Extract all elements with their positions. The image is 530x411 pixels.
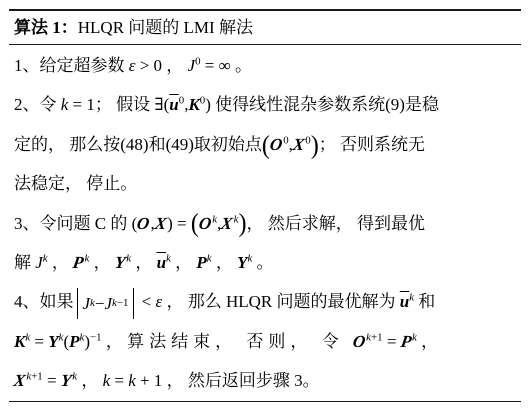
text-segment: ) <box>311 124 319 167</box>
algorithm-line-6: 解 Jk ， Pk ， Yk ， uk ， Pk ， Yk 。 <box>14 243 521 282</box>
text-segment: < <box>137 292 155 311</box>
text-segment: ) 使得线性混杂参数系统(9)是稳 <box>205 95 439 114</box>
text-segment: k+1 <box>26 370 42 382</box>
text-segment: u <box>169 95 178 114</box>
algorithm-title-text: HLQR 问题的 LMI 解法 <box>78 18 253 37</box>
text-segment: 。 <box>252 253 273 272</box>
text-segment: 3、令问题 C 的 ( <box>14 214 137 233</box>
text-segment: K <box>188 95 199 114</box>
algorithm-title-label: 算法 1： <box>14 18 78 37</box>
algorithm-line-4: 法稳定， 停止。 <box>14 164 521 203</box>
text-segment: 4、如果 <box>14 292 74 311</box>
text-segment: = <box>383 332 401 351</box>
text-segment: P <box>196 253 206 272</box>
text-segment: ， <box>77 371 103 390</box>
text-segment: u <box>400 292 409 311</box>
text-segment: Y <box>48 332 58 351</box>
text-segment: 解 <box>14 253 35 272</box>
text-segment: 2、令 <box>14 95 61 114</box>
text-segment: ， 然后求解， 得到最优 <box>247 214 426 233</box>
text-segment: = <box>110 371 128 390</box>
text-segment: Y <box>237 253 247 272</box>
text-segment: = 1； 假设 ∃( <box>68 95 169 114</box>
text-segment: J <box>104 295 112 313</box>
text-segment: +1 <box>371 331 383 343</box>
text-segment: ， <box>171 253 197 272</box>
text-segment: −1 <box>117 297 129 309</box>
text-segment: ， <box>417 332 438 351</box>
text-segment: ， <box>48 253 74 272</box>
text-segment: ， <box>89 253 115 272</box>
text-segment: ， <box>102 332 128 351</box>
text-segment: ， <box>212 253 238 272</box>
text-segment: ) = <box>167 214 191 233</box>
text-segment: ) <box>238 203 246 246</box>
algorithm-box: 算法 1：HLQR 问题的 LMI 解法 1、给定超参数 ε > 0 ， J0 … <box>0 9 530 402</box>
text-segment: = <box>30 332 48 351</box>
algorithm-line-3: 定的， 那么按(48)和(49)取初始点(O0,X0)； 否则系统无 <box>14 125 521 164</box>
bottom-rule <box>9 401 521 402</box>
text-segment: 定的， 那么按(48)和(49)取初始点 <box>14 135 262 154</box>
text-segment: ， 那么 HLQR 问题的最优解为 <box>162 292 400 311</box>
text-segment: ， <box>131 253 157 272</box>
text-segment: Jk − Jk−1 <box>77 288 135 319</box>
text-segment: k <box>128 371 136 390</box>
text-segment: 算法结束， 否则， 令 <box>127 332 353 351</box>
algorithm-body: 1、给定超参数 ε > 0 ， J0 = ∞ 。2、令 k = 1； 假设 ∃(… <box>9 45 521 401</box>
text-segment: = ∞ 。 <box>201 56 252 75</box>
text-segment: > 0 ， <box>135 56 187 75</box>
algorithm-line-1: 1、给定超参数 ε > 0 ， J0 = ∞ 。 <box>14 46 521 85</box>
text-segment: J <box>83 295 91 313</box>
text-segment: + 1 ， 然后返回步骤 3。 <box>136 371 320 390</box>
text-segment: P <box>69 332 79 351</box>
text-segment: 和 <box>414 292 435 311</box>
algorithm-line-5: 3、令问题 C 的 (O,X) = (Ok,Xk)， 然后求解， 得到最优 <box>14 204 521 243</box>
text-segment: ； 否则系统无 <box>319 135 425 154</box>
text-segment: J <box>35 253 43 272</box>
text-segment: +1 <box>31 370 43 382</box>
text-segment: K <box>14 332 25 351</box>
algorithm-line-2: 2、令 k = 1； 假设 ∃(u0,K0) 使得线性混杂参数系统(9)是稳 <box>14 85 521 124</box>
text-segment: −1 <box>90 331 102 343</box>
text-segment: k+1 <box>366 331 382 343</box>
text-segment: −1 <box>90 331 102 343</box>
text-segment: u <box>157 253 166 272</box>
algorithm-title: 算法 1：HLQR 问题的 LMI 解法 <box>9 11 521 44</box>
text-segment: = <box>43 371 61 390</box>
text-segment: J <box>188 56 196 75</box>
text-segment: − <box>95 295 105 313</box>
text-segment: 1、给定超参数 <box>14 56 129 75</box>
algorithm-line-9: Xk+1 = Yk ， k = k + 1 ， 然后返回步骤 3。 <box>14 361 521 400</box>
text-segment: 法稳定， 停止。 <box>14 174 137 193</box>
text-segment: k <box>103 371 111 390</box>
algorithm-line-7: 4、如果Jk − Jk−1 < ε ， 那么 HLQR 问题的最优解为 uk 和 <box>14 282 521 321</box>
algorithm-line-8: Kk = Yk(Pk)−1 ， 算法结束， 否则， 令 Ok+1 = Pk ， <box>14 322 521 361</box>
